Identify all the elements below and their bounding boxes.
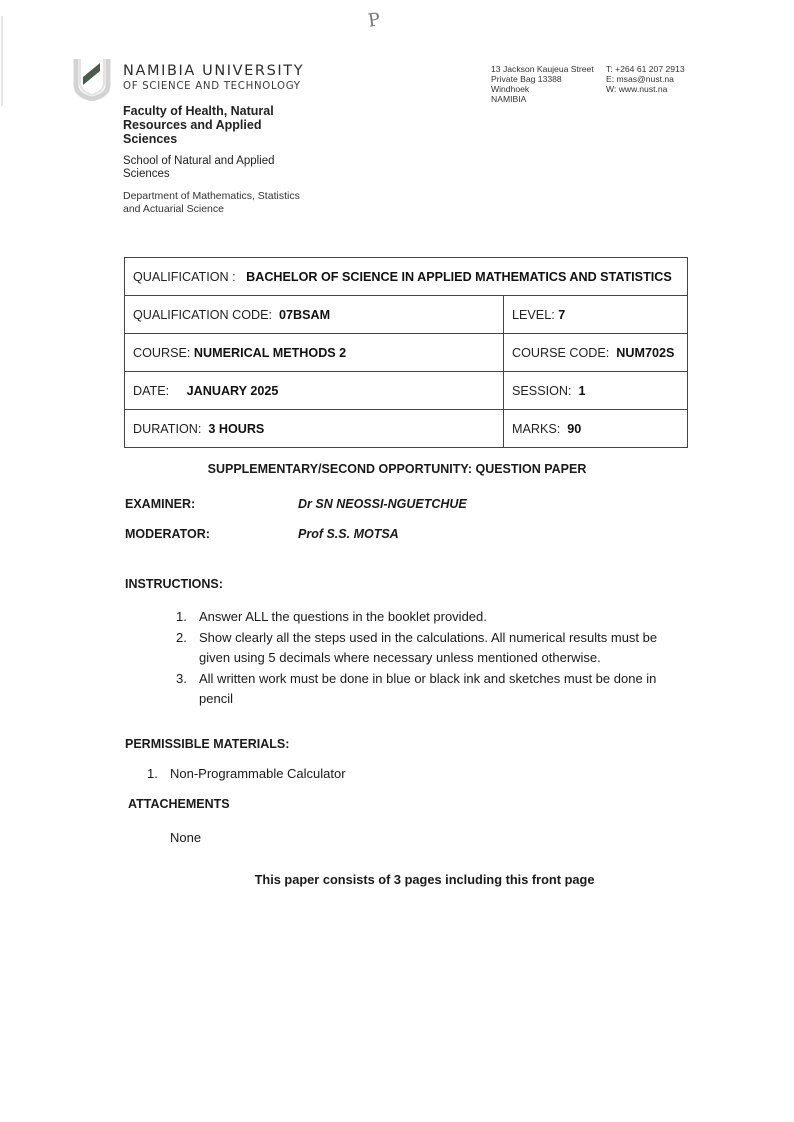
address-line: Windhoek [491, 84, 594, 94]
date-cell: DATE: JANUARY 2025 [125, 372, 504, 410]
course-code-cell: COURSE CODE: NUM702S [504, 334, 688, 372]
cell-label: DATE: [133, 384, 169, 398]
attachments-value: None [170, 830, 201, 845]
table-row: QUALIFICATION : BACHELOR OF SCIENCE IN A… [125, 258, 688, 296]
cell-value: 07BSAM [279, 308, 330, 322]
nust-shield-logo-icon [70, 55, 114, 101]
item-text: Show clearly all the steps used in the c… [199, 630, 657, 666]
list-item: 1.Answer ALL the questions in the bookle… [176, 607, 686, 628]
session-cell: SESSION: 1 [504, 372, 688, 410]
cell-label: MARKS: [512, 422, 560, 436]
cell-value: 1 [579, 384, 586, 398]
table-row: DURATION: 3 HOURS MARKS: 90 [125, 410, 688, 448]
course-cell: COURSE: NUMERICAL METHODS 2 [125, 334, 504, 372]
item-number: 1. [176, 607, 187, 628]
duration-cell: DURATION: 3 HOURS [125, 410, 504, 448]
cell-label: SESSION: [512, 384, 572, 398]
cell-value: NUM702S [616, 346, 674, 360]
examiner-label: EXAMINER: [125, 497, 195, 511]
qualification-value: BACHELOR OF SCIENCE IN APPLIED MATHEMATI… [246, 270, 672, 284]
scan-edge [1, 16, 3, 106]
table-row: DATE: JANUARY 2025 SESSION: 1 [125, 372, 688, 410]
address-line: NAMIBIA [491, 94, 594, 104]
qualification-label: QUALIFICATION : [133, 270, 236, 284]
university-subtitle: OF SCIENCE AND TECHNOLOGY [123, 81, 301, 92]
department-name: Department of Mathematics, Statistics an… [123, 190, 313, 215]
item-text: All written work must be done in blue or… [199, 671, 656, 707]
item-number: 1. [147, 766, 158, 781]
cell-value: 3 HOURS [208, 422, 264, 436]
cell-label: LEVEL: [512, 308, 555, 322]
instructions-list: 1.Answer ALL the questions in the bookle… [176, 607, 686, 710]
attachments-heading: ATTACHEMENTS [128, 797, 230, 811]
cell-value: JANUARY 2025 [187, 384, 279, 398]
website: W: www.nust.na [606, 84, 685, 94]
item-number: 3. [176, 669, 187, 690]
item-number: 2. [176, 628, 187, 649]
faculty-name: Faculty of Health, Natural Resources and… [123, 104, 293, 146]
cell-value: NUMERICAL METHODS 2 [194, 346, 346, 360]
qualification-code-cell: QUALIFICATION CODE: 07BSAM [125, 296, 504, 334]
cell-value: 7 [558, 308, 565, 322]
phone: T: +264 61 207 2913 [606, 64, 685, 74]
page-count-note: This paper consists of 3 pages including… [0, 872, 794, 887]
table-row: QUALIFICATION CODE: 07BSAM LEVEL: 7 [125, 296, 688, 334]
list-item: 3.All written work must be done in blue … [176, 669, 686, 710]
cell-label: QUALIFICATION CODE: [133, 308, 272, 322]
email: E: msas@nust.na [606, 74, 685, 84]
address-line: 13 Jackson Kaujeua Street [491, 64, 594, 74]
university-name: NAMIBIA UNIVERSITY [123, 63, 304, 79]
moderator-label: MODERATOR: [125, 527, 210, 541]
cell-label: COURSE: [133, 346, 190, 360]
table-row: COURSE: NUMERICAL METHODS 2 COURSE CODE:… [125, 334, 688, 372]
qualification-cell: QUALIFICATION : BACHELOR OF SCIENCE IN A… [125, 258, 688, 296]
marks-cell: MARKS: 90 [504, 410, 688, 448]
moderator-name: Prof S.S. MOTSA [298, 527, 399, 541]
address-line: Private Bag 13388 [491, 74, 594, 84]
list-item: 2.Show clearly all the steps used in the… [176, 628, 686, 669]
permissible-materials-list: 1.Non-Programmable Calculator [147, 766, 346, 781]
item-text: Answer ALL the questions in the booklet … [199, 609, 487, 624]
school-name: School of Natural and Applied Sciences [123, 155, 293, 180]
paper-type-heading: SUPPLEMENTARY/SECOND OPPORTUNITY: QUESTI… [0, 462, 794, 476]
level-cell: LEVEL: 7 [504, 296, 688, 334]
cell-label: DURATION: [133, 422, 201, 436]
list-item: 1.Non-Programmable Calculator [147, 766, 346, 781]
permissible-materials-heading: PERMISSIBLE MATERIALS: [125, 737, 289, 751]
cell-value: 90 [567, 422, 581, 436]
cell-label: COURSE CODE: [512, 346, 609, 360]
item-text: Non-Programmable Calculator [170, 766, 346, 781]
exam-info-table: QUALIFICATION : BACHELOR OF SCIENCE IN A… [124, 257, 688, 448]
examiner-name: Dr SN NEOSSI-NGUETCHUE [298, 497, 467, 511]
address-block: 13 Jackson Kaujeua Street Private Bag 13… [491, 64, 594, 104]
contact-block: T: +264 61 207 2913 E: msas@nust.na W: w… [606, 64, 685, 94]
handwritten-mark: P [367, 9, 382, 31]
instructions-heading: INSTRUCTIONS: [125, 577, 223, 591]
